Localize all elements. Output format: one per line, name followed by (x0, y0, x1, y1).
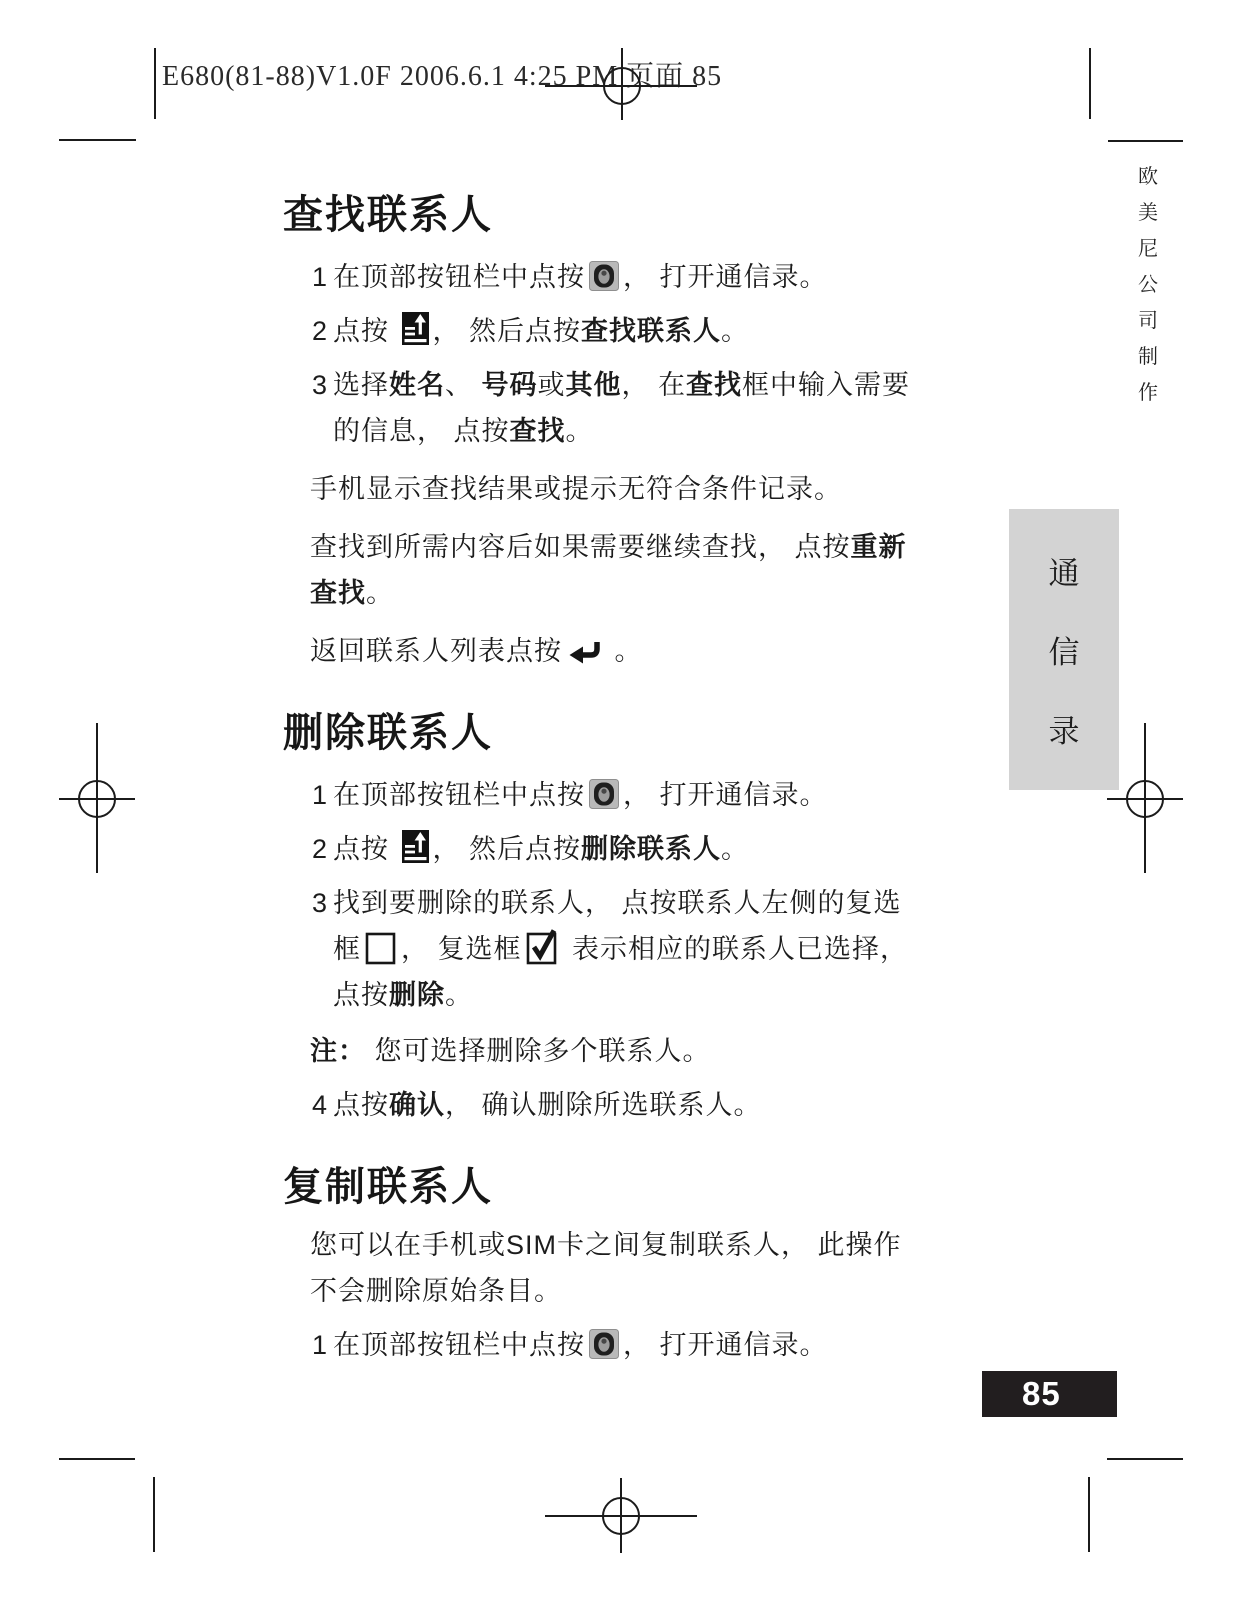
body-text: ， 确认删除所选联系人。 (445, 1090, 762, 1120)
publisher-char: 欧 (1138, 160, 1158, 189)
body-text: 点按 (333, 834, 398, 864)
body-text: 。 (606, 636, 643, 666)
body-text: 不会删除原始条目。 (310, 1276, 562, 1306)
step-number: 3 (312, 362, 328, 408)
emphasis-text: 确认 (389, 1090, 445, 1120)
paragraph: 查找到所需内容后如果需要继续查找， 点按重新查找。 (283, 524, 1043, 616)
menu-up-icon (402, 838, 429, 863)
body-text: ， 打开通信录。 (623, 1330, 828, 1360)
section-title: 删除联系人 (283, 710, 1043, 756)
instruction-step: 1在顶部按钮栏中点按， 打开通信录。 (283, 254, 1043, 300)
instruction-step: 1在顶部按钮栏中点按， 打开通信录。 (283, 1322, 1043, 1368)
emphasis-text: 删除 (389, 980, 445, 1010)
section-title: 复制联系人 (283, 1164, 1043, 1210)
body-text: 。 (445, 980, 473, 1010)
instruction-step: 4点按确认， 确认删除所选联系人。 (283, 1082, 1043, 1128)
return-icon (566, 641, 602, 665)
emphasis-text: 查找 (686, 370, 742, 400)
instruction-step: 2点按 ， 然后点按删除联系人。 (283, 826, 1043, 872)
body-text: 表示相应的联系人已选择， (564, 934, 909, 964)
step-number: 1 (312, 1322, 328, 1368)
emphasis-text: 删除联系人 (581, 834, 721, 864)
contacts-icon (589, 267, 619, 291)
body-text: 查找到所需内容后如果需要继续查找， 点按 (310, 532, 851, 562)
emphasis-text: 查找 (510, 416, 566, 446)
body-text: 在顶部按钮栏中点按 (333, 1330, 585, 1360)
body-text: 框 (333, 934, 361, 964)
checkbox-checked-icon (526, 937, 560, 965)
emphasis-text: 其他 (566, 370, 622, 400)
body-text: 。 (566, 416, 594, 446)
chapter-tab-char: 通 (1049, 548, 1080, 593)
emphasis-text: 查找 (310, 578, 366, 608)
manual-page: E680(81-88)V1.0F 2006.6.1 4:25 PM 页面 85 (0, 0, 1243, 1600)
publisher-vertical-text: 欧美尼公司制作 (1128, 160, 1168, 405)
body-text: ， 打开通信录。 (623, 262, 828, 292)
note-paragraph: 注： 您可选择删除多个联系人。 (283, 1028, 1043, 1074)
body-text: 您可选择删除多个联系人。 (366, 1036, 711, 1066)
chapter-tab-char: 录 (1049, 706, 1080, 751)
contacts-icon (589, 1335, 619, 1359)
paragraph: 返回联系人列表点按 。 (283, 628, 1043, 674)
body-text: 或 (538, 370, 566, 400)
body-text: ， 复选框 (401, 934, 522, 964)
step-number: 2 (312, 826, 328, 872)
body-text: ， 然后点按 (433, 834, 582, 864)
emphasis-text: 号码 (482, 370, 538, 400)
step-number: 3 (312, 880, 328, 926)
step-number: 2 (312, 308, 328, 354)
page-number: 85 (1022, 1375, 1061, 1412)
body-text: 返回联系人列表点按 (310, 636, 562, 666)
page-number-badge: 85 (982, 1371, 1117, 1417)
print-header: E680(81-88)V1.0F 2006.6.1 4:25 PM 页面 85 (162, 54, 862, 94)
paragraph: 手机显示查找结果或提示无符合条件记录。 (283, 466, 1043, 512)
publisher-char: 司 (1138, 304, 1158, 333)
body-text: ， 然后点按 (433, 316, 582, 346)
body-text: 。 (366, 578, 394, 608)
body-text: 选择 (333, 370, 389, 400)
step-number: 1 (312, 772, 328, 818)
body-text: 在顶部按钮栏中点按 (333, 780, 585, 810)
body-text: 手机显示查找结果或提示无符合条件记录。 (310, 474, 842, 504)
body-text: 。 (721, 316, 749, 346)
body-text: 找到要删除的联系人， 点按联系人左侧的复选 (333, 888, 902, 918)
body-text: 在顶部按钮栏中点按 (333, 262, 585, 292)
body-text: 框中输入需要 (742, 370, 910, 400)
body-text: 点按 (333, 980, 389, 1010)
publisher-char: 美 (1138, 196, 1158, 225)
publisher-char: 尼 (1138, 232, 1158, 261)
instruction-step: 2点按 ， 然后点按查找联系人。 (283, 308, 1043, 354)
instruction-step: 3选择姓名、 号码或其他， 在查找框中输入需要的信息， 点按查找。 (283, 362, 1043, 454)
page-content: 查找联系人1在顶部按钮栏中点按， 打开通信录。2点按 ， 然后点按查找联系人。3… (283, 192, 1043, 1368)
step-number: 1 (312, 254, 328, 300)
paragraph: 您可以在手机或SIM卡之间复制联系人， 此操作不会删除原始条目。 (283, 1222, 1043, 1314)
emphasis-text: 查找联系人 (581, 316, 721, 346)
instruction-step: 3找到要删除的联系人， 点按联系人左侧的复选框， 复选框 表示相应的联系人已选择… (283, 880, 1043, 1018)
section-title: 查找联系人 (283, 192, 1043, 238)
emphasis-text: 注： (310, 1036, 366, 1066)
step-number: 4 (312, 1082, 328, 1128)
body-text: ， 打开通信录。 (623, 780, 828, 810)
contacts-icon (589, 785, 619, 809)
publisher-char: 公 (1138, 268, 1158, 297)
checkbox-empty-icon (365, 937, 397, 965)
body-text: 点按 (333, 316, 398, 346)
chapter-tab-char: 信 (1049, 627, 1080, 672)
body-text: 点按 (333, 1090, 389, 1120)
menu-up-icon (402, 320, 429, 345)
emphasis-text: 重新 (851, 532, 907, 562)
emphasis-text: 姓名 (389, 370, 445, 400)
body-text: 。 (721, 834, 749, 864)
body-text: 、 (445, 370, 482, 400)
body-text: 您可以在手机或SIM卡之间复制联系人， 此操作 (310, 1230, 902, 1260)
instruction-step: 1在顶部按钮栏中点按， 打开通信录。 (283, 772, 1043, 818)
publisher-char: 制 (1138, 340, 1158, 369)
publisher-char: 作 (1138, 376, 1158, 405)
body-text: ， 在 (622, 370, 687, 400)
body-text: 的信息， 点按 (333, 416, 510, 446)
